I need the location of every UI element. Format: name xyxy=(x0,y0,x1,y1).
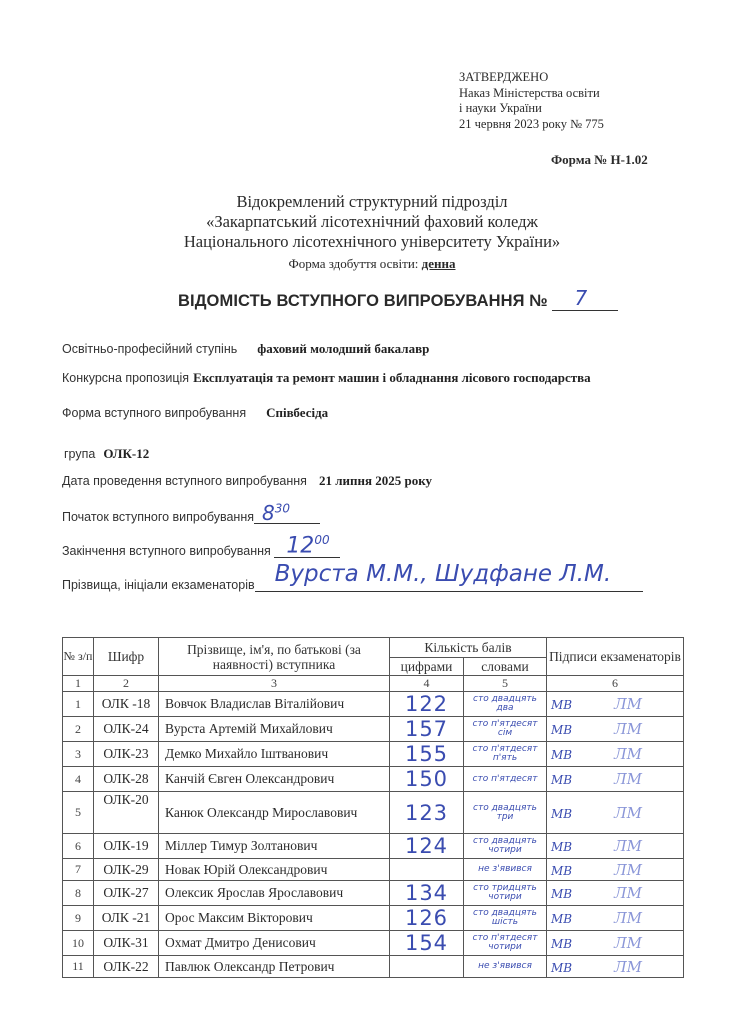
applicant-code: ОЛК -18 xyxy=(94,692,159,717)
table-row: 8ОЛК-27Олексик Ярослав Ярославович134сто… xyxy=(63,881,684,906)
degree-label: Освітньо-професійний ступінь xyxy=(62,342,237,356)
score-digits: 123 xyxy=(390,792,464,834)
examiner-signatures: МВЛМ xyxy=(547,792,684,834)
study-form-value: денна xyxy=(422,256,456,271)
row-number: 9 xyxy=(63,906,94,931)
signature-1: МВ xyxy=(551,912,572,926)
applicant-code: ОЛК-28 xyxy=(94,767,159,792)
examiners-line: Вурста М.М., Шудфане Л.М. xyxy=(255,575,643,592)
start-hour: 8 xyxy=(262,501,275,525)
score-digits xyxy=(390,956,464,978)
applicant-name: Демко Михайло Іштванович xyxy=(159,742,390,767)
col-number: 5 xyxy=(464,676,547,692)
start-label: Початок вступного випробування xyxy=(62,510,254,524)
approval-stamp: ЗАТВЕРДЖЕНО Наказ Міністерства освіти і … xyxy=(459,70,604,132)
score-words: сто двадцять три xyxy=(464,792,547,834)
signature-2: ЛМ xyxy=(614,745,642,763)
row-number: 4 xyxy=(63,767,94,792)
row-number: 1 xyxy=(63,692,94,717)
signature-1: МВ xyxy=(551,723,572,737)
start-time-line: 830 xyxy=(254,507,320,524)
approval-line: Наказ Міністерства освіти xyxy=(459,86,604,102)
signature-1: МВ xyxy=(551,887,572,901)
applicant-name: Міллер Тимур Золтанович xyxy=(159,834,390,859)
examiner-signatures: МВЛМ xyxy=(547,956,684,978)
date-value: 21 липня 2025 року xyxy=(319,473,432,488)
signature-1: МВ xyxy=(551,698,572,712)
examiner-signatures: МВЛМ xyxy=(547,931,684,956)
approval-line: 21 червня 2023 року № 775 xyxy=(459,117,604,133)
examiner-signatures: МВЛМ xyxy=(547,906,684,931)
score-digits xyxy=(390,859,464,881)
signature-1: МВ xyxy=(551,807,572,821)
col-number: 4 xyxy=(390,676,464,692)
title-number-line: 7 xyxy=(552,292,618,311)
end-hour: 12 xyxy=(286,533,314,558)
field-degree: Освітньо-професійний ступіньфаховий моло… xyxy=(62,341,429,357)
field-start-time: Початок вступного випробування830 xyxy=(62,507,320,524)
col-number: 1 xyxy=(63,676,94,692)
examiner-signatures: МВЛМ xyxy=(547,834,684,859)
table-row: 6ОЛК-19Міллер Тимур Золтанович124сто два… xyxy=(63,834,684,859)
row-number: 3 xyxy=(63,742,94,767)
org-line: Національного лісотехнічного університет… xyxy=(0,232,744,252)
score-digits: 154 xyxy=(390,931,464,956)
program-label: Конкурсна пропозиція xyxy=(62,371,189,385)
start-time: 830 xyxy=(262,501,290,525)
row-number: 5 xyxy=(63,792,94,834)
score-words: сто двадцять чотири xyxy=(464,834,547,859)
study-form-label: Форма здобуття освіти: xyxy=(289,256,422,271)
study-form: Форма здобуття освіти: денна xyxy=(0,256,744,272)
results-table: № з/п Шифр Прізвище, ім'я, по батькові (… xyxy=(62,637,684,978)
applicant-code: ОЛК-20 xyxy=(94,792,159,834)
applicant-code: ОЛК-23 xyxy=(94,742,159,767)
examiner-signatures: МВЛМ xyxy=(547,692,684,717)
signature-1: МВ xyxy=(551,961,572,975)
organization-name: Відокремлений структурний підрозділ «Зак… xyxy=(0,192,744,252)
applicant-name: Вурста Артемій Михайлович xyxy=(159,717,390,742)
document-title: ВІДОМІСТЬ ВСТУПНОГО ВИПРОБУВАННЯ № 7 xyxy=(178,292,618,311)
signature-2: ЛМ xyxy=(614,720,642,738)
header-code: Шифр xyxy=(94,638,159,676)
applicant-code: ОЛК-31 xyxy=(94,931,159,956)
score-digits: 126 xyxy=(390,906,464,931)
applicant-code: ОЛК-22 xyxy=(94,956,159,978)
table-row: 10ОЛК-31Охмат Дмитро Денисович154сто п'я… xyxy=(63,931,684,956)
applicant-name: Охмат Дмитро Денисович xyxy=(159,931,390,956)
field-date: Дата проведення вступного випробування21… xyxy=(62,473,432,489)
table-row: 7ОЛК-29Новак Юрій Олександровичне з'явив… xyxy=(63,859,684,881)
examiners-value: Вурста М.М., Шудфане Л.М. xyxy=(275,561,612,587)
score-words: не з'явився xyxy=(464,956,547,978)
org-line: «Закарпатський лісотехнічний фаховий кол… xyxy=(0,212,744,232)
signature-2: ЛМ xyxy=(614,695,642,713)
end-label: Закінчення вступного випробування xyxy=(62,544,271,558)
score-words: не з'явився xyxy=(464,859,547,881)
applicant-name: Канчій Євген Олександрович xyxy=(159,767,390,792)
signature-2: ЛМ xyxy=(614,861,642,879)
signature-2: ЛМ xyxy=(614,884,642,902)
end-time-line: 1200 xyxy=(274,541,340,558)
row-number: 10 xyxy=(63,931,94,956)
applicant-code: ОЛК-29 xyxy=(94,859,159,881)
applicant-name: Вовчок Владислав Віталійович xyxy=(159,692,390,717)
row-number: 7 xyxy=(63,859,94,881)
signature-2: ЛМ xyxy=(614,837,642,855)
header-num: № з/п xyxy=(63,638,94,676)
field-group: групаОЛК-12 xyxy=(64,446,149,462)
exam-form-value: Співбесіда xyxy=(266,405,328,420)
signature-1: МВ xyxy=(551,748,572,762)
signature-1: МВ xyxy=(551,773,572,787)
table-row: 9ОЛК -21Орос Максим Вікторович126сто два… xyxy=(63,906,684,931)
examiner-signatures: МВЛМ xyxy=(547,767,684,792)
score-words: сто п'ятдесят п'ять xyxy=(464,742,547,767)
examiner-signatures: МВЛМ xyxy=(547,881,684,906)
title-text: ВІДОМІСТЬ ВСТУПНОГО ВИПРОБУВАННЯ № xyxy=(178,292,552,310)
field-examiners: Прізвища, ініціали екзаменаторівВурста М… xyxy=(62,575,643,592)
applicant-name: Канюк Олександр Мирославович xyxy=(159,792,390,834)
group-label: група xyxy=(64,447,95,461)
signature-2: ЛМ xyxy=(614,770,642,788)
signature-2: ЛМ xyxy=(614,934,642,952)
field-exam-form: Форма вступного випробуванняСпівбесіда xyxy=(62,405,328,421)
table-row: 1ОЛК -18Вовчок Владислав Віталійович122с… xyxy=(63,692,684,717)
row-number: 8 xyxy=(63,881,94,906)
header-signatures: Підписи екзаменаторів xyxy=(547,638,684,676)
score-digits: 155 xyxy=(390,742,464,767)
col-number: 3 xyxy=(159,676,390,692)
title-number: 7 xyxy=(574,286,587,310)
table-row: 11ОЛК-22Павлюк Олександр Петровичне з'яв… xyxy=(63,956,684,978)
exam-form-label: Форма вступного випробування xyxy=(62,406,246,420)
table-row: 2ОЛК-24Вурста Артемій Михайлович157сто п… xyxy=(63,717,684,742)
date-label: Дата проведення вступного випробування xyxy=(62,474,307,488)
field-end-time: Закінчення вступного випробування 1200 xyxy=(62,541,340,558)
table-row: 5ОЛК-20Канюк Олександр Мирославович123ст… xyxy=(63,792,684,834)
examiner-signatures: МВЛМ xyxy=(547,717,684,742)
score-words: сто двадцять шість xyxy=(464,906,547,931)
form-number: Форма № Н-1.02 xyxy=(551,152,648,168)
approval-line: і науки України xyxy=(459,101,604,117)
score-digits: 124 xyxy=(390,834,464,859)
score-digits: 134 xyxy=(390,881,464,906)
group-value: ОЛК-12 xyxy=(103,446,149,461)
signature-2: ЛМ xyxy=(614,909,642,927)
start-minute: 30 xyxy=(275,501,290,515)
row-number: 6 xyxy=(63,834,94,859)
score-words: сто п'ятдесят сім xyxy=(464,717,547,742)
examiner-signatures: МВЛМ xyxy=(547,742,684,767)
signature-2: ЛМ xyxy=(614,804,642,822)
end-minute: 00 xyxy=(314,533,329,547)
applicant-name: Олексик Ярослав Ярославович xyxy=(159,881,390,906)
score-words: сто п'ятдесят xyxy=(464,767,547,792)
approval-line: ЗАТВЕРДЖЕНО xyxy=(459,70,604,86)
column-numbers-row: 1 2 3 4 5 6 xyxy=(63,676,684,692)
score-words: сто п'ятдесят чотири xyxy=(464,931,547,956)
signature-1: МВ xyxy=(551,937,572,951)
header-score-group: Кількість балів xyxy=(390,638,547,658)
row-number: 2 xyxy=(63,717,94,742)
signature-1: МВ xyxy=(551,840,572,854)
score-words: сто двадцять два xyxy=(464,692,547,717)
signature-2: ЛМ xyxy=(614,958,642,976)
col-number: 2 xyxy=(94,676,159,692)
table-row: 4ОЛК-28Канчій Євген Олександрович150сто … xyxy=(63,767,684,792)
applicant-code: ОЛК-27 xyxy=(94,881,159,906)
header-digits: цифрами xyxy=(390,658,464,676)
score-digits: 150 xyxy=(390,767,464,792)
col-number: 6 xyxy=(547,676,684,692)
header-name: Прізвище, ім'я, по батькові (за наявност… xyxy=(159,638,390,676)
degree-value: фаховий молодший бакалавр xyxy=(257,341,429,356)
applicant-code: ОЛК-24 xyxy=(94,717,159,742)
examiner-signatures: МВЛМ xyxy=(547,859,684,881)
score-digits: 157 xyxy=(390,717,464,742)
applicant-name: Павлюк Олександр Петрович xyxy=(159,956,390,978)
program-value: Експлуатація та ремонт машин і обладнанн… xyxy=(193,370,591,385)
applicant-name: Орос Максим Вікторович xyxy=(159,906,390,931)
score-digits: 122 xyxy=(390,692,464,717)
score-words: сто тридцять чотири xyxy=(464,881,547,906)
org-line: Відокремлений структурний підрозділ xyxy=(0,192,744,212)
field-program: Конкурсна пропозиціяЕксплуатація та ремо… xyxy=(62,370,591,386)
examiners-label: Прізвища, ініціали екзаменаторів xyxy=(62,578,255,592)
header-words: словами xyxy=(464,658,547,676)
row-number: 11 xyxy=(63,956,94,978)
end-time: 1200 xyxy=(286,533,329,558)
applicant-code: ОЛК-19 xyxy=(94,834,159,859)
applicant-code: ОЛК -21 xyxy=(94,906,159,931)
table-row: 3ОЛК-23Демко Михайло Іштванович155сто п'… xyxy=(63,742,684,767)
applicant-name: Новак Юрій Олександрович xyxy=(159,859,390,881)
signature-1: МВ xyxy=(551,864,572,878)
